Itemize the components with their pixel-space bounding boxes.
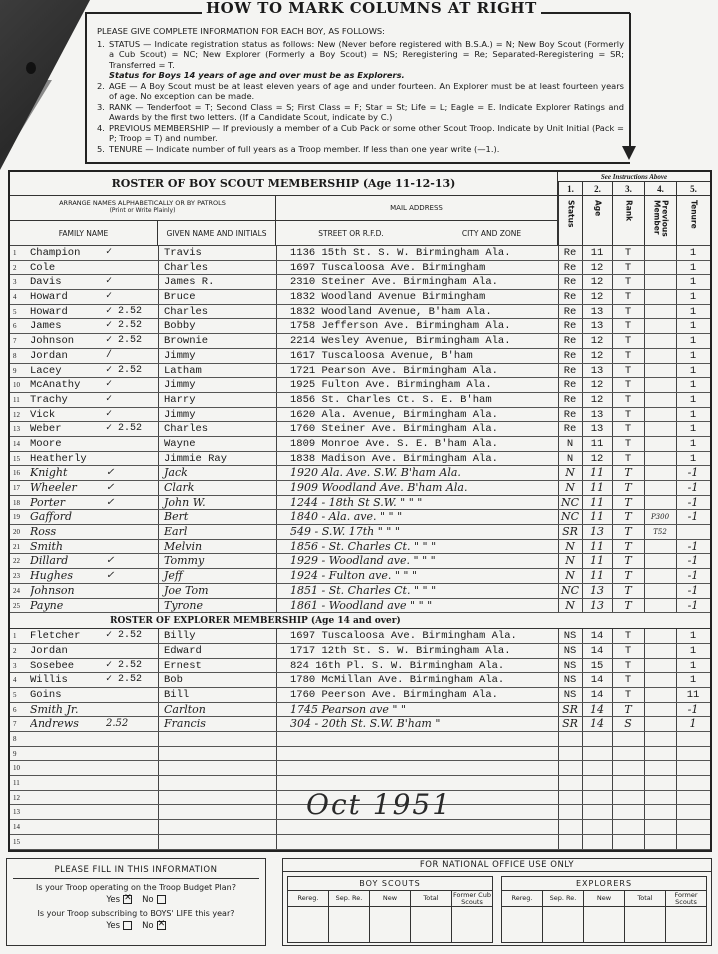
status-value: Re [558, 349, 582, 363]
tenure-value: 1 [676, 452, 710, 466]
instruction-previous-membership: 4.PREVIOUS MEMBERSHIP — If previously a … [97, 123, 624, 144]
scout-row: 5Howard✓ 2.52Charles1832 Woodland Avenue… [10, 305, 710, 320]
explorer-row: 9 [10, 747, 710, 762]
age-value: 14 [582, 688, 612, 702]
given-name [160, 747, 275, 761]
rank-value: T [612, 334, 644, 348]
tally-mark: ✓ [106, 481, 166, 495]
previous-member-value [644, 481, 676, 495]
checkbox-checked-icon[interactable] [123, 895, 132, 904]
col-label: Total [625, 891, 665, 907]
previous-member-value [644, 378, 676, 392]
previous-member-value [644, 305, 676, 319]
instruction-age: 2.AGE — A Boy Scout must be at least ele… [97, 81, 624, 102]
row-number: 14 [13, 437, 29, 451]
age-value: 11 [582, 496, 612, 510]
previous-member-value [644, 791, 676, 805]
status-value [558, 747, 582, 761]
age-value: 13 [582, 319, 612, 333]
given-name: Jimmie Ray [160, 452, 275, 466]
tally-mark [106, 688, 166, 702]
mail-address: 1909 Woodland Ave. B'ham Ala. [290, 481, 558, 495]
mail-address [290, 747, 558, 761]
explorer-row: 14 [10, 820, 710, 835]
row-number: 10 [13, 761, 29, 775]
mail-address-header: MAIL ADDRESS [276, 196, 558, 221]
age-value [582, 776, 612, 790]
instructions-intro: PLEASE GIVE COMPLETE INFORMATION FOR EAC… [97, 26, 624, 37]
boys-life-yes[interactable]: Yes [106, 921, 132, 931]
row-number: 11 [13, 776, 29, 790]
scan-background-shadow [0, 0, 90, 170]
tenure-value: 1 [676, 717, 710, 731]
mail-address: 1861 - Woodland ave " " " [290, 599, 558, 613]
age-value: 14 [582, 703, 612, 717]
tally-mark [106, 540, 166, 554]
tally-mark: ✓ [106, 275, 166, 289]
tenure-value [676, 805, 710, 819]
tenure-value: 1 [676, 378, 710, 392]
row-number: 6 [13, 319, 29, 333]
explorers-former-scouts-col: Former Scouts [666, 891, 706, 943]
budget-plan-options: Yes No [7, 895, 265, 905]
age-value: 11 [582, 246, 612, 260]
mail-address: 2214 Wesley Avenue, Birmingham Ala. [290, 334, 558, 348]
row-number: 8 [13, 732, 29, 746]
boy-scouts-group: BOY SCOUTS Rereg. Sep. Re. New Total For… [287, 876, 493, 943]
status-value: NS [558, 673, 582, 687]
tally-mark [106, 703, 166, 717]
rank-value: T [612, 599, 644, 613]
age-value: 13 [582, 599, 612, 613]
rank-value: S [612, 717, 644, 731]
age-value: 11 [582, 569, 612, 583]
given-name: Jimmy [160, 408, 275, 422]
tenure-value: 1 [676, 275, 710, 289]
explorers-new-col: New [584, 891, 625, 943]
previous-member-value [644, 422, 676, 436]
previous-member-value [644, 554, 676, 568]
col-label: Former Scouts [666, 891, 706, 907]
mail-address: 1924 - Fulton ave. " " " [290, 569, 558, 583]
scout-row: 15HeatherlyJimmie Ray1838 Madison Ave. B… [10, 452, 710, 467]
previous-member-label: Previous Member [653, 200, 669, 245]
row-number: 5 [13, 688, 29, 702]
row-number: 9 [13, 364, 29, 378]
tally-mark: ✓ 2.52 [106, 629, 166, 643]
status-value: Re [558, 261, 582, 275]
explorer-row: 7Andrews2.52Francis304 - 20th St. S.W. B… [10, 717, 710, 732]
tenure-header: Tenure [676, 196, 710, 246]
tally-mark [106, 599, 166, 613]
rank-header: Rank [612, 196, 644, 246]
scout-row: 4Howard✓Bruce1832 Woodland Avenue Birmin… [10, 290, 710, 305]
tenure-value: 1 [676, 422, 710, 436]
rank-value: T [612, 659, 644, 673]
rank-value: T [612, 466, 644, 480]
yes-label: Yes [106, 921, 120, 931]
given-name: Brownie [160, 334, 275, 348]
given-name: Travis [160, 246, 275, 260]
row-number: 13 [13, 805, 29, 819]
given-name: Tyrone [160, 599, 275, 613]
previous-member-value [644, 835, 676, 849]
previous-member-value [644, 452, 676, 466]
explorer-row: 10 [10, 761, 710, 776]
tenure-value: 1 [676, 319, 710, 333]
status-value: SR [558, 525, 582, 539]
given-name: Charles [160, 305, 275, 319]
tally-mark: ✓ [106, 569, 166, 583]
status-value: Re [558, 408, 582, 422]
tenure-value: -1 [676, 481, 710, 495]
rank-value: T [612, 275, 644, 289]
tenure-value [676, 525, 710, 539]
previous-member-value [644, 275, 676, 289]
status-value: Re [558, 378, 582, 392]
rank-value [612, 732, 644, 746]
previous-member-value [644, 732, 676, 746]
age-value [582, 791, 612, 805]
scout-row: 2ColeCharles1697 Tuscaloosa Ave. Birming… [10, 261, 710, 276]
previous-member-value [644, 599, 676, 613]
given-name: Bob [160, 673, 275, 687]
given-name: Ernest [160, 659, 275, 673]
status-value: Re [558, 246, 582, 260]
given-name: John W. [160, 496, 275, 510]
boy-scouts-total-col: Total [411, 891, 452, 943]
rank-value: T [612, 569, 644, 583]
age-value: 14 [582, 673, 612, 687]
scout-row: 9Lacey✓ 2.52Latham1721 Pearson Ave. Birm… [10, 364, 710, 379]
tenure-value [676, 732, 710, 746]
national-office-box: FOR NATIONAL OFFICE USE ONLY BOY SCOUTS … [282, 858, 712, 946]
previous-member-value [644, 688, 676, 702]
row-number: 24 [13, 584, 29, 598]
given-name: Bobby [160, 319, 275, 333]
previous-member-value [644, 349, 676, 363]
given-name: Bert [160, 510, 275, 524]
tenure-value: -1 [676, 510, 710, 524]
status-value: Re [558, 334, 582, 348]
rank-value: T [612, 319, 644, 333]
rank-value: T [612, 349, 644, 363]
status-value: N [558, 569, 582, 583]
tally-mark: ✓ 2.52 [106, 305, 166, 319]
tenure-value: 11 [676, 688, 710, 702]
row-number: 9 [13, 747, 29, 761]
status-value: Re [558, 305, 582, 319]
given-name: Billy [160, 629, 275, 643]
status-value: NS [558, 659, 582, 673]
rank-value: T [612, 290, 644, 304]
see-instructions-label: See Instructions Above [558, 172, 710, 182]
scout-row: 8Jordan/Jimmy1617 Tuscaloosa Avenue, B'h… [10, 349, 710, 364]
row-number: 21 [13, 540, 29, 554]
mail-address: 1697 Tuscaloosa Ave. Birmingham Ala. [290, 629, 558, 643]
given-name [160, 761, 275, 775]
boy-scouts-former-cub-col: Former Cub Scouts [452, 891, 492, 943]
previous-member-value [644, 703, 676, 717]
col-number-4: 4. [644, 182, 676, 196]
checkbox-icon[interactable] [157, 895, 166, 904]
item-text: AGE — A Boy Scout must be at least eleve… [109, 81, 624, 102]
mail-address: 1925 Fulton Ave. Birmingham Ala. [290, 378, 558, 392]
tally-mark: ✓ [106, 496, 166, 510]
rank-value: T [612, 540, 644, 554]
mail-address: 1832 Woodland Avenue, B'ham Ala. [290, 305, 558, 319]
rank-value: T [612, 246, 644, 260]
row-number: 10 [13, 378, 29, 392]
tenure-value: -1 [676, 466, 710, 480]
status-value: Re [558, 319, 582, 333]
explorer-row: 1Fletcher✓ 2.52Billy1697 Tuscaloosa Ave.… [10, 629, 710, 644]
tenure-value: -1 [676, 599, 710, 613]
row-number: 12 [13, 408, 29, 422]
date-handwritten-note: Oct 1951 [306, 788, 452, 821]
mail-address: 2310 Steiner Ave. Birmingham Ala. [290, 275, 558, 289]
tenure-value: 1 [676, 334, 710, 348]
scout-row: 21SmithMelvin1856 - St. Charles Ct. " " … [10, 540, 710, 555]
given-name: Jack [160, 466, 275, 480]
mail-address: 1929 - Woodland ave. " " " [290, 554, 558, 568]
status-value: N [558, 481, 582, 495]
age-value: 12 [582, 261, 612, 275]
tally-mark [106, 584, 166, 598]
item-text: TENURE — Indicate number of full years a… [109, 144, 624, 155]
tenure-value: 1 [676, 393, 710, 407]
status-value: SR [558, 717, 582, 731]
tally-mark [106, 510, 166, 524]
tally-mark: ✓ [106, 290, 166, 304]
scout-row: 13Weber✓ 2.52Charles1760 Steiner Ave. Bi… [10, 422, 710, 437]
budget-plan-yes[interactable]: Yes [106, 895, 132, 905]
age-value [582, 747, 612, 761]
mail-address: 1840 - Ala. ave. " " " [290, 510, 558, 524]
status-value [558, 791, 582, 805]
given-name: Charles [160, 422, 275, 436]
previous-member-value [644, 717, 676, 731]
explorers-rereg-col: Rereg. [502, 891, 543, 943]
age-value: 11 [582, 481, 612, 495]
col-label: Total [411, 891, 451, 907]
age-value: 14 [582, 717, 612, 731]
row-number: 13 [13, 422, 29, 436]
col-label: Rereg. [502, 891, 542, 907]
tenure-value: 1 [676, 659, 710, 673]
age-value: 11 [582, 466, 612, 480]
tenure-value: 1 [676, 408, 710, 422]
previous-member-value [644, 569, 676, 583]
boys-life-question: Is your Troop subscribing to BOYS' LIFE … [7, 909, 265, 918]
tenure-value: 1 [676, 629, 710, 643]
col-label: Sep. Re. [543, 891, 583, 907]
status-label: Status [567, 200, 575, 245]
tenure-value: -1 [676, 496, 710, 510]
age-header: Age [582, 196, 612, 246]
col-label: Sep. Re. [329, 891, 369, 907]
row-number: 14 [13, 820, 29, 834]
given-name: Tommy [160, 554, 275, 568]
row-number: 22 [13, 554, 29, 568]
status-value [558, 732, 582, 746]
age-value: 12 [582, 290, 612, 304]
rank-label: Rank [625, 200, 633, 245]
explorer-roster-title: ROSTER OF EXPLORER MEMBERSHIP (Age 14 an… [10, 613, 710, 629]
col-number-2: 2. [582, 182, 612, 196]
given-name [160, 805, 275, 819]
mail-address: 1780 McMillan Ave. Birmingham Ala. [290, 673, 558, 687]
rank-value: T [612, 422, 644, 436]
explorers-sepre-col: Sep. Re. [543, 891, 584, 943]
mail-address: 1809 Monroe Ave. S. E. B'ham Ala. [290, 437, 558, 451]
previous-member-header: Previous Member [644, 196, 676, 246]
row-number: 4 [13, 290, 29, 304]
age-value: 12 [582, 452, 612, 466]
status-value [558, 776, 582, 790]
status-value: N [558, 452, 582, 466]
row-number: 17 [13, 481, 29, 495]
explorer-row: 6Smith Jr.Carlton1745 Pearson ave " "SR1… [10, 703, 710, 718]
given-name: Jeff [160, 569, 275, 583]
mail-address: 1745 Pearson ave " " [290, 703, 558, 717]
scout-row: 3Davis✓James R.2310 Steiner Ave. Birming… [10, 275, 710, 290]
rank-value [612, 820, 644, 834]
status-value: N [558, 466, 582, 480]
mail-address: 1838 Madison Ave. Birmingham Ala. [290, 452, 558, 466]
row-number: 18 [13, 496, 29, 510]
tally-mark: ✓ 2.52 [106, 673, 166, 687]
checkbox-icon[interactable] [123, 921, 132, 930]
mail-address: 1832 Woodland Avenue Birmingham [290, 290, 558, 304]
row-number: 7 [13, 334, 29, 348]
tenure-value [676, 835, 710, 849]
previous-member-value [644, 659, 676, 673]
rank-value: T [612, 481, 644, 495]
status-value [558, 805, 582, 819]
given-name: Carlton [160, 703, 275, 717]
tenure-value [676, 761, 710, 775]
rank-value [612, 805, 644, 819]
rank-value: T [612, 437, 644, 451]
arrow-down-icon [622, 146, 636, 160]
no-label: No [142, 895, 154, 905]
roster-title: ROSTER OF BOY SCOUT MEMBERSHIP (Age 11-1… [10, 172, 558, 196]
given-name: Charles [160, 261, 275, 275]
tally-mark [106, 791, 166, 805]
status-value [558, 761, 582, 775]
tally-mark [106, 776, 166, 790]
scout-row: 23Hughes✓Jeff1924 - Fulton ave. " " "N11… [10, 569, 710, 584]
boys-life-no[interactable]: No [142, 921, 166, 931]
given-name: Joe Tom [160, 584, 275, 598]
age-label: Age [594, 200, 602, 245]
tenure-value: -1 [676, 703, 710, 717]
item-number: 1. [97, 39, 109, 71]
status-header: Status [558, 196, 582, 246]
scout-row: 25PayneTyrone1861 - Woodland ave " " "N1… [10, 599, 710, 614]
age-value: 15 [582, 659, 612, 673]
rank-value: T [612, 510, 644, 524]
age-value [582, 761, 612, 775]
col-label: Rereg. [288, 891, 328, 907]
previous-member-value [644, 629, 676, 643]
given-name: Francis [160, 717, 275, 731]
rank-value [612, 761, 644, 775]
row-number: 3 [13, 275, 29, 289]
tenure-value: 1 [676, 246, 710, 260]
age-value [582, 732, 612, 746]
rank-value: T [612, 305, 644, 319]
rank-value: T [612, 364, 644, 378]
explorer-row: 15 [10, 835, 710, 850]
rank-value: T [612, 393, 644, 407]
previous-member-value [644, 319, 676, 333]
age-value [582, 835, 612, 849]
col-label: Former Cub Scouts [452, 891, 492, 907]
previous-member-value [644, 776, 676, 790]
row-number: 15 [13, 452, 29, 466]
age-value: 13 [582, 584, 612, 598]
given-name [160, 732, 275, 746]
mail-address [290, 732, 558, 746]
rank-value [612, 835, 644, 849]
given-name [160, 835, 275, 849]
previous-member-value [644, 246, 676, 260]
tally-mark: ✓ [106, 246, 166, 260]
explorer-row: 8 [10, 732, 710, 747]
previous-member-value [644, 673, 676, 687]
mail-address: 304 - 20th St. S.W. B'ham " [290, 717, 558, 731]
rank-value: T [612, 554, 644, 568]
tally-mark: ✓ 2.52 [106, 659, 166, 673]
mail-address: 1758 Jefferson Ave. Birmingham Ala. [290, 319, 558, 333]
row-number: 3 [13, 659, 29, 673]
scout-row: 20RossEarl549 - S.W. 17th " " "SR13TT52 [10, 525, 710, 540]
item-number: 2. [97, 81, 109, 102]
scout-row: 17Wheeler✓Clark1909 Woodland Ave. B'ham … [10, 481, 710, 496]
given-name: Edward [160, 644, 275, 658]
scout-row: 14MooreWayne1809 Monroe Ave. S. E. B'ham… [10, 437, 710, 452]
city-zone-header: CITY AND ZONE [426, 221, 558, 246]
row-number: 2 [13, 644, 29, 658]
tally-mark: ✓ [106, 393, 166, 407]
tally-mark [106, 835, 166, 849]
roster-rows: 1Champion✓Travis1136 15th St. S. W. Birm… [10, 246, 710, 850]
rank-value [612, 776, 644, 790]
rank-value: T [612, 261, 644, 275]
tally-mark [106, 644, 166, 658]
boy-scouts-new-col: New [370, 891, 411, 943]
age-value: 13 [582, 422, 612, 436]
budget-plan-no[interactable]: No [142, 895, 166, 905]
row-number: 11 [13, 393, 29, 407]
age-value [582, 805, 612, 819]
previous-member-value [644, 761, 676, 775]
given-name: Melvin [160, 540, 275, 554]
tally-mark [106, 761, 166, 775]
checkbox-checked-icon[interactable] [157, 921, 166, 930]
status-value: N [558, 437, 582, 451]
scout-row: 19GaffordBert1840 - Ala. ave. " " "NC11T… [10, 510, 710, 525]
age-value: 14 [582, 644, 612, 658]
budget-plan-question: Is your Troop operating on the Troop Bud… [7, 883, 265, 892]
col-number-3: 3. [612, 182, 644, 196]
row-number: 8 [13, 349, 29, 363]
age-value: 14 [582, 629, 612, 643]
mail-address: 1620 Ala. Avenue, Birmingham Ala. [290, 408, 558, 422]
tally-mark: ✓ [106, 378, 166, 392]
